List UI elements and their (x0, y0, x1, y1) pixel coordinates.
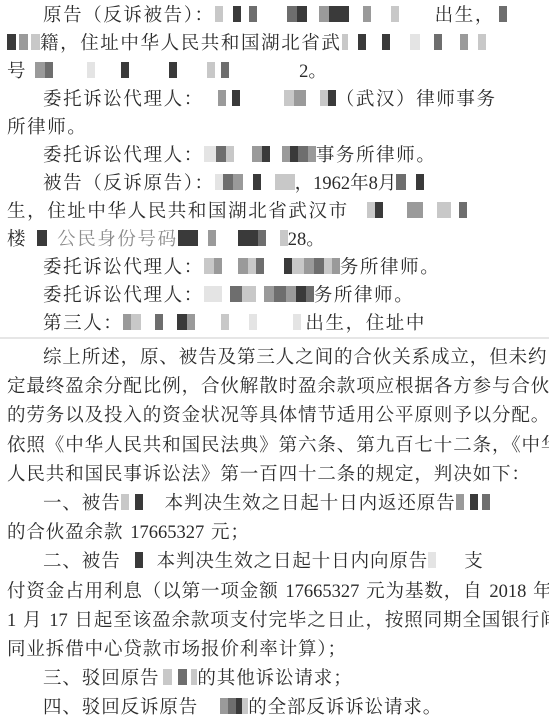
redacted-third-party-info (123, 314, 305, 330)
redacted-origin (7, 34, 40, 50)
redacted-defendant-name (121, 494, 165, 510)
judgment-section: 综上所述，原、被告及第三人之间的合伙关系成立，但未约 定最终盈余分配比例，合伙解… (0, 343, 549, 722)
address-number-label: 号 (7, 61, 27, 82)
summary-line-5: 人民共和国民事诉讼法》第一百四十二条的规定，判决如下： (0, 460, 549, 489)
defendant-birth: ，1962年8月 (295, 174, 397, 194)
redacted-plaintiff-name (159, 669, 197, 685)
parties-section: 原告（反诉被告）：出生， 籍，住址中华人民共和国湖北省武 号2。 委托诉讼代理人… (0, 2, 549, 338)
ruling-item-3-line: 三、驳回原告的其他诉讼请求； (0, 664, 549, 693)
ruling-item-1-text: 本判决生效之日起十日内返还原告 (165, 493, 456, 514)
summary-line-4: 依照《中华人民共和国民法典》第六条、第九百七十二条，《中华 (0, 431, 549, 460)
plaintiff-address-start: 籍，住址中华人民共和国湖北省武 (40, 33, 342, 54)
ruling-item-4-text: 四、驳回反诉原告 (43, 697, 198, 718)
defendant-line-2: 生，住址中华人民共和国湖北省武汉市 (0, 198, 549, 226)
agent1-firm-tail: （武汉）律师事务 (336, 89, 497, 110)
legal-basis-text: 依照《中华人民共和国民法典》第六条、第九百七十二条，《中华 (7, 435, 549, 456)
start-month: 1 (7, 611, 16, 631)
redacted-agent1-name (204, 90, 336, 106)
agent3-label: 委托诉讼代理人： (43, 257, 204, 278)
redacted-agent2-name (204, 146, 316, 162)
agent4-label: 委托诉讼代理人： (43, 285, 204, 306)
start-day: 17 (49, 611, 68, 631)
redacted-plaintiff-name (456, 494, 490, 510)
redacted-plaintiff-address (342, 34, 486, 50)
redacted-defendant-name (198, 698, 248, 714)
redacted-agent3-name (204, 258, 340, 274)
defendant-id-tail: 28。 (288, 230, 325, 250)
agent3-firm-tail: 务所律师。 (340, 257, 441, 278)
agent3-line: 委托诉讼代理人：务所律师。 (0, 254, 549, 282)
summary-line-3: 的劳务以及投入的资金状况等具体情节适用公平原则予以分配。 (0, 401, 549, 430)
page-separator (0, 337, 549, 339)
profit-amount: 17665327 (130, 523, 204, 543)
summary-line-2: 定最终盈余分配比例，合伙解散时盈余款项应根据各方参与合伙 (0, 372, 549, 401)
agent2-line: 委托诉讼代理人：事务所律师。 (0, 142, 549, 170)
summary-line-1: 综上所述，原、被告及第三人之间的合伙关系成立，但未约 (0, 343, 549, 372)
defendant-line-3: 楼公民身份号码28。 (0, 226, 549, 254)
third-party-line: 第三人：出生，住址中 (0, 310, 549, 338)
agent2-firm-tail: 事务所律师。 (316, 145, 437, 166)
plaintiff-birth-tail: 出生， (435, 5, 495, 26)
ruling-item-2-line-2: 付资金占用利息（以第一项金额 17665327 元为基数，自 2018 年 (0, 577, 549, 606)
agent1-line-1: 委托诉讼代理人：（武汉）律师事务 (0, 86, 549, 114)
redacted-defendant-name (121, 552, 157, 568)
summary-text: 定最终盈余分配比例，合伙解散时盈余款项应根据各方参与合伙 (7, 376, 549, 397)
ruling-item-2-text: 本判决生效之日起十日内向原告 (157, 551, 429, 572)
agent4-firm-tail: 务所律师。 (314, 285, 415, 306)
ruling-item-1-text: 一、被告 (43, 493, 121, 514)
agent1-line-2: 所律师。 (0, 114, 549, 142)
redacted-id-number (27, 62, 299, 78)
plaintiff-line-3: 号2。 (0, 58, 549, 86)
ruling-item-2-line-1: 二、被告本判决生效之日起十日内向原告支 (0, 547, 549, 576)
ruling-item-4-text: 的全部反诉诉讼请求。 (248, 697, 442, 718)
ruling-item-2-text: 年 (533, 581, 549, 602)
agent2-label: 委托诉讼代理人： (43, 145, 204, 166)
ruling-item-3-text: 的其他诉讼请求； (197, 668, 352, 689)
ruling-item-2-text: 同业拆借中心贷款市场报价利率计算）； (7, 639, 347, 660)
ruling-item-2-text: 二、被告 (43, 551, 121, 572)
id-number-tail: 2。 (299, 62, 327, 82)
ruling-item-2-text: 月 (23, 610, 42, 631)
defendant-label: 被告（反诉原告）： (43, 173, 215, 194)
redacted-plaintiff-info (215, 6, 435, 22)
ruling-item-1-line-1: 一、被告本判决生效之日起十日内返还原告 (0, 489, 549, 518)
ruling-item-2-text: 付资金占用利息（以第一项金额 (7, 581, 279, 602)
legal-basis-text: 人民共和国民事诉讼法》第一百四十二条的规定，判决如下： (7, 464, 531, 485)
redacted-unit (27, 230, 57, 246)
redacted-plaintiff-name (428, 552, 464, 568)
defendant-line-1: 被告（反诉原告）：，1962年8月 (0, 170, 549, 198)
agent4-line: 委托诉讼代理人：务所律师。 (0, 282, 549, 310)
redacted-ethnicity (495, 6, 507, 22)
id-card-label: 公民身份号码 (57, 229, 178, 250)
ruling-item-1-text: 的合伙盈余款 (7, 522, 123, 543)
ruling-item-3-text: 三、驳回原告 (43, 668, 159, 689)
base-amount: 17665327 (285, 582, 359, 602)
ruling-item-2-line-3: 1 月 17 日起至该盈余款项支付完毕之日止，按照同期全国银行间 (0, 606, 549, 635)
ruling-item-2-line-4: 同业拆借中心贷款市场报价利率计算）； (0, 635, 549, 664)
redacted-birth-day (396, 174, 424, 190)
agent1-title: 所律师。 (7, 117, 87, 138)
start-year: 2018 (489, 582, 526, 602)
plaintiff-line-1: 原告（反诉被告）：出生， (0, 2, 549, 30)
plaintiff-line-2: 籍，住址中华人民共和国湖北省武 (0, 30, 549, 58)
redacted-defendant-address (349, 202, 467, 218)
defendant-address-start: 生，住址中华人民共和国湖北省武汉市 (7, 201, 349, 222)
ruling-item-4-line: 四、驳回反诉原告的全部反诉诉讼请求。 (0, 693, 549, 722)
floor-label: 楼 (7, 229, 27, 250)
third-party-tail: 出生，住址中 (305, 313, 426, 334)
plaintiff-label: 原告（反诉被告）： (43, 5, 215, 26)
ruling-item-1-line-2: 的合伙盈余款 17665327 元； (0, 518, 549, 547)
summary-text: 的劳务以及投入的资金状况等具体情节适用公平原则予以分配。 (7, 405, 549, 426)
summary-text: 综上所述，原、被告及第三人之间的合伙关系成立，但未约 (43, 347, 547, 368)
redacted-defendant-name (215, 174, 295, 190)
ruling-item-2-text: 支 (464, 551, 483, 572)
redacted-agent4-name (204, 286, 314, 302)
ruling-item-1-text: 元； (211, 522, 250, 543)
third-party-label: 第三人： (43, 313, 123, 334)
redacted-defendant-id (178, 230, 288, 246)
ruling-item-2-text: 元为基数，自 (366, 581, 482, 602)
agent1-label: 委托诉讼代理人： (43, 89, 204, 110)
ruling-item-2-text: 日起至该盈余款项支付完毕之日止，按照同期全国银行间 (75, 610, 549, 631)
